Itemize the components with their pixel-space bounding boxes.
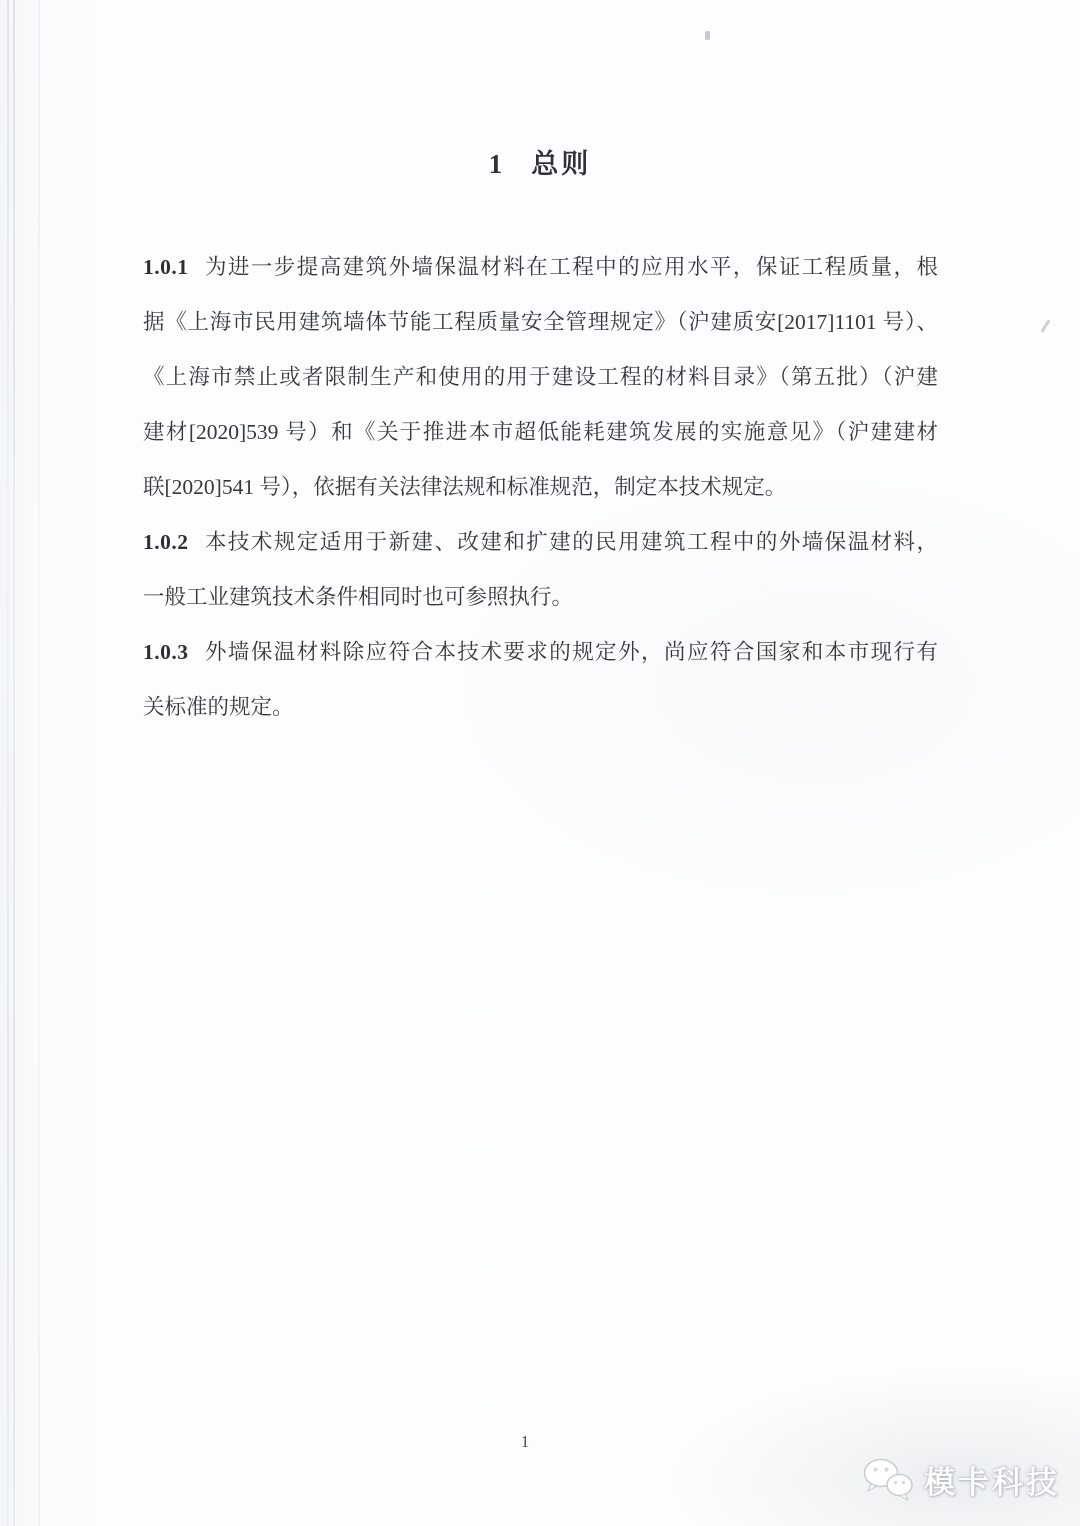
- clause-number: 1.0.1: [143, 255, 189, 279]
- text-line: 据《上海市民用建筑墙体节能工程质量安全管理规定》（沪建质安[2017]1101 …: [143, 295, 938, 350]
- page-number: 1: [0, 1432, 1050, 1452]
- document-page: 1总则 1.0.1为进一步提高建筑外墙保温材料在工程中的应用水平，保证工程质量，…: [0, 0, 1080, 1526]
- clause-number: 1.0.3: [143, 640, 189, 664]
- watermark: 模卡科技: [861, 1456, 1060, 1502]
- clause-text: 外墙保温材料除应符合本技术要求的规定外，尚应符合国家和本市现行有: [204, 640, 939, 664]
- text-line: 联[2020]541 号），依据有关法律法规和标准规范，制定本技术规定。: [143, 460, 938, 515]
- scan-edge-line: [7, 0, 9, 1526]
- clause-number: 1.0.2: [143, 530, 189, 554]
- text-line: 一般工业建筑技术条件相同时也可参照执行。: [143, 570, 938, 625]
- scan-speck: [1041, 319, 1051, 332]
- section-title-number: 1: [489, 149, 506, 179]
- scan-edge-line: [38, 0, 40, 1526]
- clause-text: 为进一步提高建筑外墙保温材料在工程中的应用水平，保证工程质量，根: [204, 255, 939, 279]
- scan-speck: [705, 31, 710, 40]
- watermark-label: 模卡科技: [924, 1457, 1060, 1502]
- clause-text: 本技术规定适用于新建、改建和扩建的民用建筑工程中的外墙保温材料，: [204, 530, 939, 554]
- document-body: 1.0.1为进一步提高建筑外墙保温材料在工程中的应用水平，保证工程质量，根 据《…: [143, 240, 938, 735]
- text-line: 1.0.3外墙保温材料除应符合本技术要求的规定外，尚应符合国家和本市现行有: [143, 625, 938, 680]
- text-line: 关标准的规定。: [143, 680, 938, 735]
- scan-edge-line: [13, 0, 15, 1526]
- text-line: 1.0.2本技术规定适用于新建、改建和扩建的民用建筑工程中的外墙保温材料，: [143, 515, 938, 570]
- section-title-text: 总则: [531, 149, 591, 179]
- section-title: 1总则: [0, 142, 1080, 181]
- text-line: 建材[2020]539 号）和《关于推进本市超低能耗建筑发展的实施意见》（沪建建…: [143, 405, 938, 460]
- text-line: 《上海市禁止或者限制生产和使用的用于建设工程的材料目录》（第五批）（沪建: [143, 350, 938, 405]
- text-line: 1.0.1为进一步提高建筑外墙保温材料在工程中的应用水平，保证工程质量，根: [143, 240, 938, 295]
- wechat-icon: [861, 1456, 915, 1502]
